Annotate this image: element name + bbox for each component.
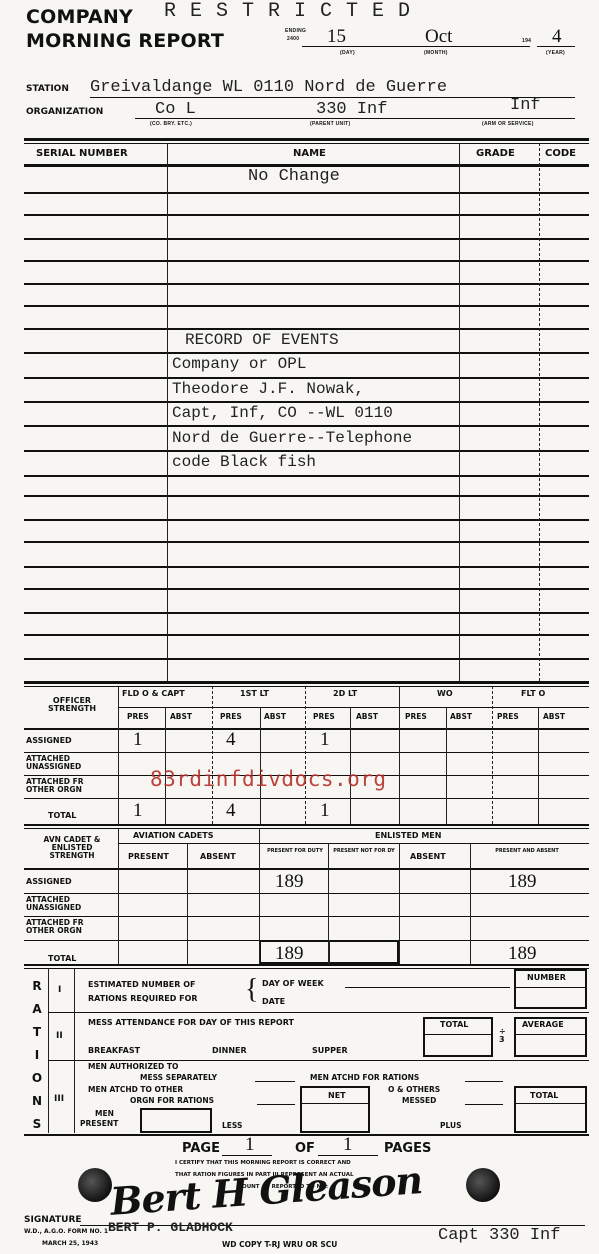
mess-attendance-label: MESS ATTENDANCE FOR DAY OF THIS REPORT: [88, 1019, 294, 1027]
brace-icon: {: [245, 975, 258, 1005]
men-present-label-1: MEN: [95, 1110, 114, 1118]
assigned-present-absent: 189: [508, 871, 537, 893]
row-attached-other-enl: ATTACHED FR OTHER ORGN: [26, 919, 108, 935]
messed-field[interactable]: [465, 1097, 503, 1105]
station-label: STATION: [26, 84, 69, 94]
sub-present-and-absent: PRESENT AND ABSENT: [488, 848, 566, 854]
total-fld-pres: 1: [133, 800, 143, 822]
sub-abst: ABST: [543, 713, 565, 721]
mess-separately-label: MESS SEPARATELY: [140, 1074, 217, 1082]
event-line-2: Theodore J.F. Nowak,: [172, 380, 364, 398]
year-prefix: 194: [522, 38, 531, 44]
row-total: TOTAL: [48, 812, 76, 820]
restricted-stamp: R E S T R I C T E D: [164, 0, 411, 23]
organization-company: Co L: [155, 100, 196, 119]
binder-hole-left: [78, 1168, 112, 1202]
men-present-box[interactable]: [140, 1108, 212, 1133]
form-title-morning-report: MORNING REPORT: [26, 30, 224, 52]
report-day: 15: [327, 26, 346, 48]
estimated-number-label: ESTIMATED NUMBER OF: [88, 981, 195, 989]
others-label: O & OTHERS: [388, 1086, 440, 1094]
sub-absent-enlisted: ABSENT: [410, 853, 446, 861]
station-value: Greivaldange WL 0110 Nord de Guerre: [90, 78, 447, 97]
assigned-2dlt-pres: 1: [320, 729, 330, 751]
total-present-absent: 189: [508, 943, 537, 965]
net-label: NET: [328, 1092, 346, 1100]
men-atchd-rations-label: MEN ATCHD FOR RATIONS: [310, 1074, 419, 1082]
section-ii-number: II: [56, 1032, 63, 1040]
average-label: AVERAGE: [522, 1021, 564, 1029]
sub-absent: ABSENT: [200, 853, 236, 861]
men-authorized-label: MEN AUTHORIZED TO: [88, 1063, 178, 1071]
plus-label: PLUS: [440, 1122, 462, 1130]
group-2d-lt: 2D LT: [333, 690, 357, 698]
unit-caption: (PARENT UNIT): [310, 121, 350, 127]
orgn-rations-field[interactable]: [257, 1097, 295, 1105]
form-title-company: COMPANY: [26, 6, 133, 28]
row-assigned: ASSIGNED: [26, 737, 72, 745]
men-atchd-other-label: MEN ATCHD TO OTHER: [88, 1086, 183, 1094]
month-caption: (MONTH): [424, 50, 448, 56]
roster-entry: No Change: [248, 167, 340, 186]
row-attached-unassigned: ATTACHED UNASSIGNED: [26, 755, 108, 771]
row-attached-other: ATTACHED FR OTHER ORGN: [26, 778, 108, 794]
officer-strength-title: OFFICER STRENGTH: [42, 697, 102, 713]
aviation-cadets-group: AVIATION CADETS: [133, 832, 214, 840]
sub-pres: PRES: [313, 713, 335, 721]
grade-unit: Capt 330 Inf: [438, 1226, 560, 1245]
form-date: MARCH 25, 1943: [42, 1240, 98, 1248]
day-of-week-field[interactable]: [345, 980, 510, 988]
row-total-enl: TOTAL: [48, 955, 76, 963]
sub-pres: PRES: [405, 713, 427, 721]
assigned-fld-pres: 1: [133, 729, 143, 751]
mess-total-label: TOTAL: [440, 1021, 468, 1029]
binder-hole-right: [466, 1168, 500, 1202]
sub-abst: ABST: [356, 713, 378, 721]
year-caption: (YEAR): [546, 50, 565, 56]
signature-label: SIGNATURE: [24, 1216, 82, 1224]
organization-unit: 330 Inf: [316, 100, 387, 119]
messed-label: MESSED: [402, 1097, 436, 1105]
pages-label: PAGES: [384, 1142, 431, 1156]
sub-pres: PRES: [220, 713, 242, 721]
copy-line: WD COPY T-RJ WRU OR SCU: [222, 1241, 337, 1249]
assigned-present-duty: 189: [275, 871, 304, 893]
row-attached-unassigned-enl: ATTACHED UNASSIGNED: [26, 896, 108, 912]
header-grade: GRADE: [476, 150, 515, 158]
section-i-number: I: [58, 986, 61, 994]
ending-time: 2400: [287, 36, 299, 42]
event-line-3: Capt, Inf, CO --WL 0110: [172, 404, 393, 422]
header-code: CODE: [545, 150, 576, 158]
page-label: PAGE: [182, 1142, 220, 1156]
row-assigned-enl: ASSIGNED: [26, 878, 72, 886]
day-caption: (DAY): [340, 50, 355, 56]
report-year: 4: [552, 26, 562, 48]
rations-side-label: R A T I O N S: [30, 975, 44, 1136]
number-box-label: NUMBER: [527, 974, 566, 982]
sub-present-not-for-duty: PRESENT NOT FOR DY: [330, 848, 398, 854]
assigned-1stlt-pres: 4: [226, 729, 236, 751]
event-line-5: code Black fish: [172, 453, 316, 471]
event-line-1: Company or OPL: [172, 355, 306, 373]
event-line-4: Nord de Guerre--Telephone: [172, 429, 412, 447]
date-label: DATE: [262, 998, 285, 1006]
atchd-rations-field[interactable]: [465, 1074, 503, 1082]
company-caption: (CO. BRY. ETC.): [150, 121, 192, 127]
orgn-for-rations-label: ORGN FOR RATIONS: [130, 1097, 214, 1105]
of-label: OF: [295, 1142, 315, 1156]
sub-pres: PRES: [497, 713, 519, 721]
form-number: W.D., A.G.O. FORM NO. 1: [24, 1228, 108, 1236]
record-of-events-title: RECORD OF EVENTS: [185, 331, 339, 349]
sub-abst: ABST: [450, 713, 472, 721]
section-iii-number: III: [54, 1095, 64, 1103]
page-number: 1: [245, 1134, 255, 1156]
divide-by-three: ÷ 3: [499, 1028, 507, 1044]
organization-arm: Inf: [510, 96, 541, 115]
sub-present-for-duty: PRESENT FOR DUTY: [266, 848, 324, 854]
total-2dlt-pres: 1: [320, 800, 330, 822]
sub-abst: ABST: [170, 713, 192, 721]
group-flt-o: FLT O: [521, 690, 545, 698]
enlisted-men-group: ENLISTED MEN: [375, 832, 441, 840]
arm-caption: (ARM OR SERVICE): [482, 121, 534, 127]
men-present-label-2: PRESENT: [80, 1120, 118, 1128]
total-pages: 1: [343, 1134, 353, 1156]
section3-total-label: TOTAL: [530, 1092, 558, 1100]
sub-abst: ABST: [264, 713, 286, 721]
group-wo: WO: [437, 690, 453, 698]
group-1st-lt: 1ST LT: [240, 690, 269, 698]
organization-label: ORGANIZATION: [26, 107, 103, 117]
enlisted-strength-title: AVN CADET & ENLISTED STRENGTH: [34, 836, 110, 860]
header-name: NAME: [293, 150, 326, 158]
breakfast-label: BREAKFAST: [88, 1047, 140, 1055]
sub-pres: PRES: [127, 713, 149, 721]
total-1stlt-pres: 4: [226, 800, 236, 822]
sub-present: PRESENT: [128, 853, 169, 861]
report-month: Oct: [425, 26, 452, 48]
dinner-label: DINNER: [212, 1047, 247, 1055]
rations-required-label: RATIONS REQUIRED FOR: [88, 995, 198, 1003]
less-label: LESS: [222, 1122, 242, 1130]
typed-name: BERT P. GLADHOCK: [108, 1220, 233, 1235]
group-fld-capt: FLD O & CAPT: [122, 690, 185, 698]
watermark: 83rdinfdivdocs.org: [150, 767, 387, 791]
day-of-week-label: DAY OF WEEK: [262, 980, 324, 988]
mess-separately-field[interactable]: [255, 1074, 295, 1082]
supper-label: SUPPER: [312, 1047, 348, 1055]
total-present-duty: 189: [275, 943, 304, 965]
header-serial-number: SERIAL NUMBER: [36, 150, 128, 158]
signature-script: Bert H Gleason: [109, 1157, 424, 1224]
